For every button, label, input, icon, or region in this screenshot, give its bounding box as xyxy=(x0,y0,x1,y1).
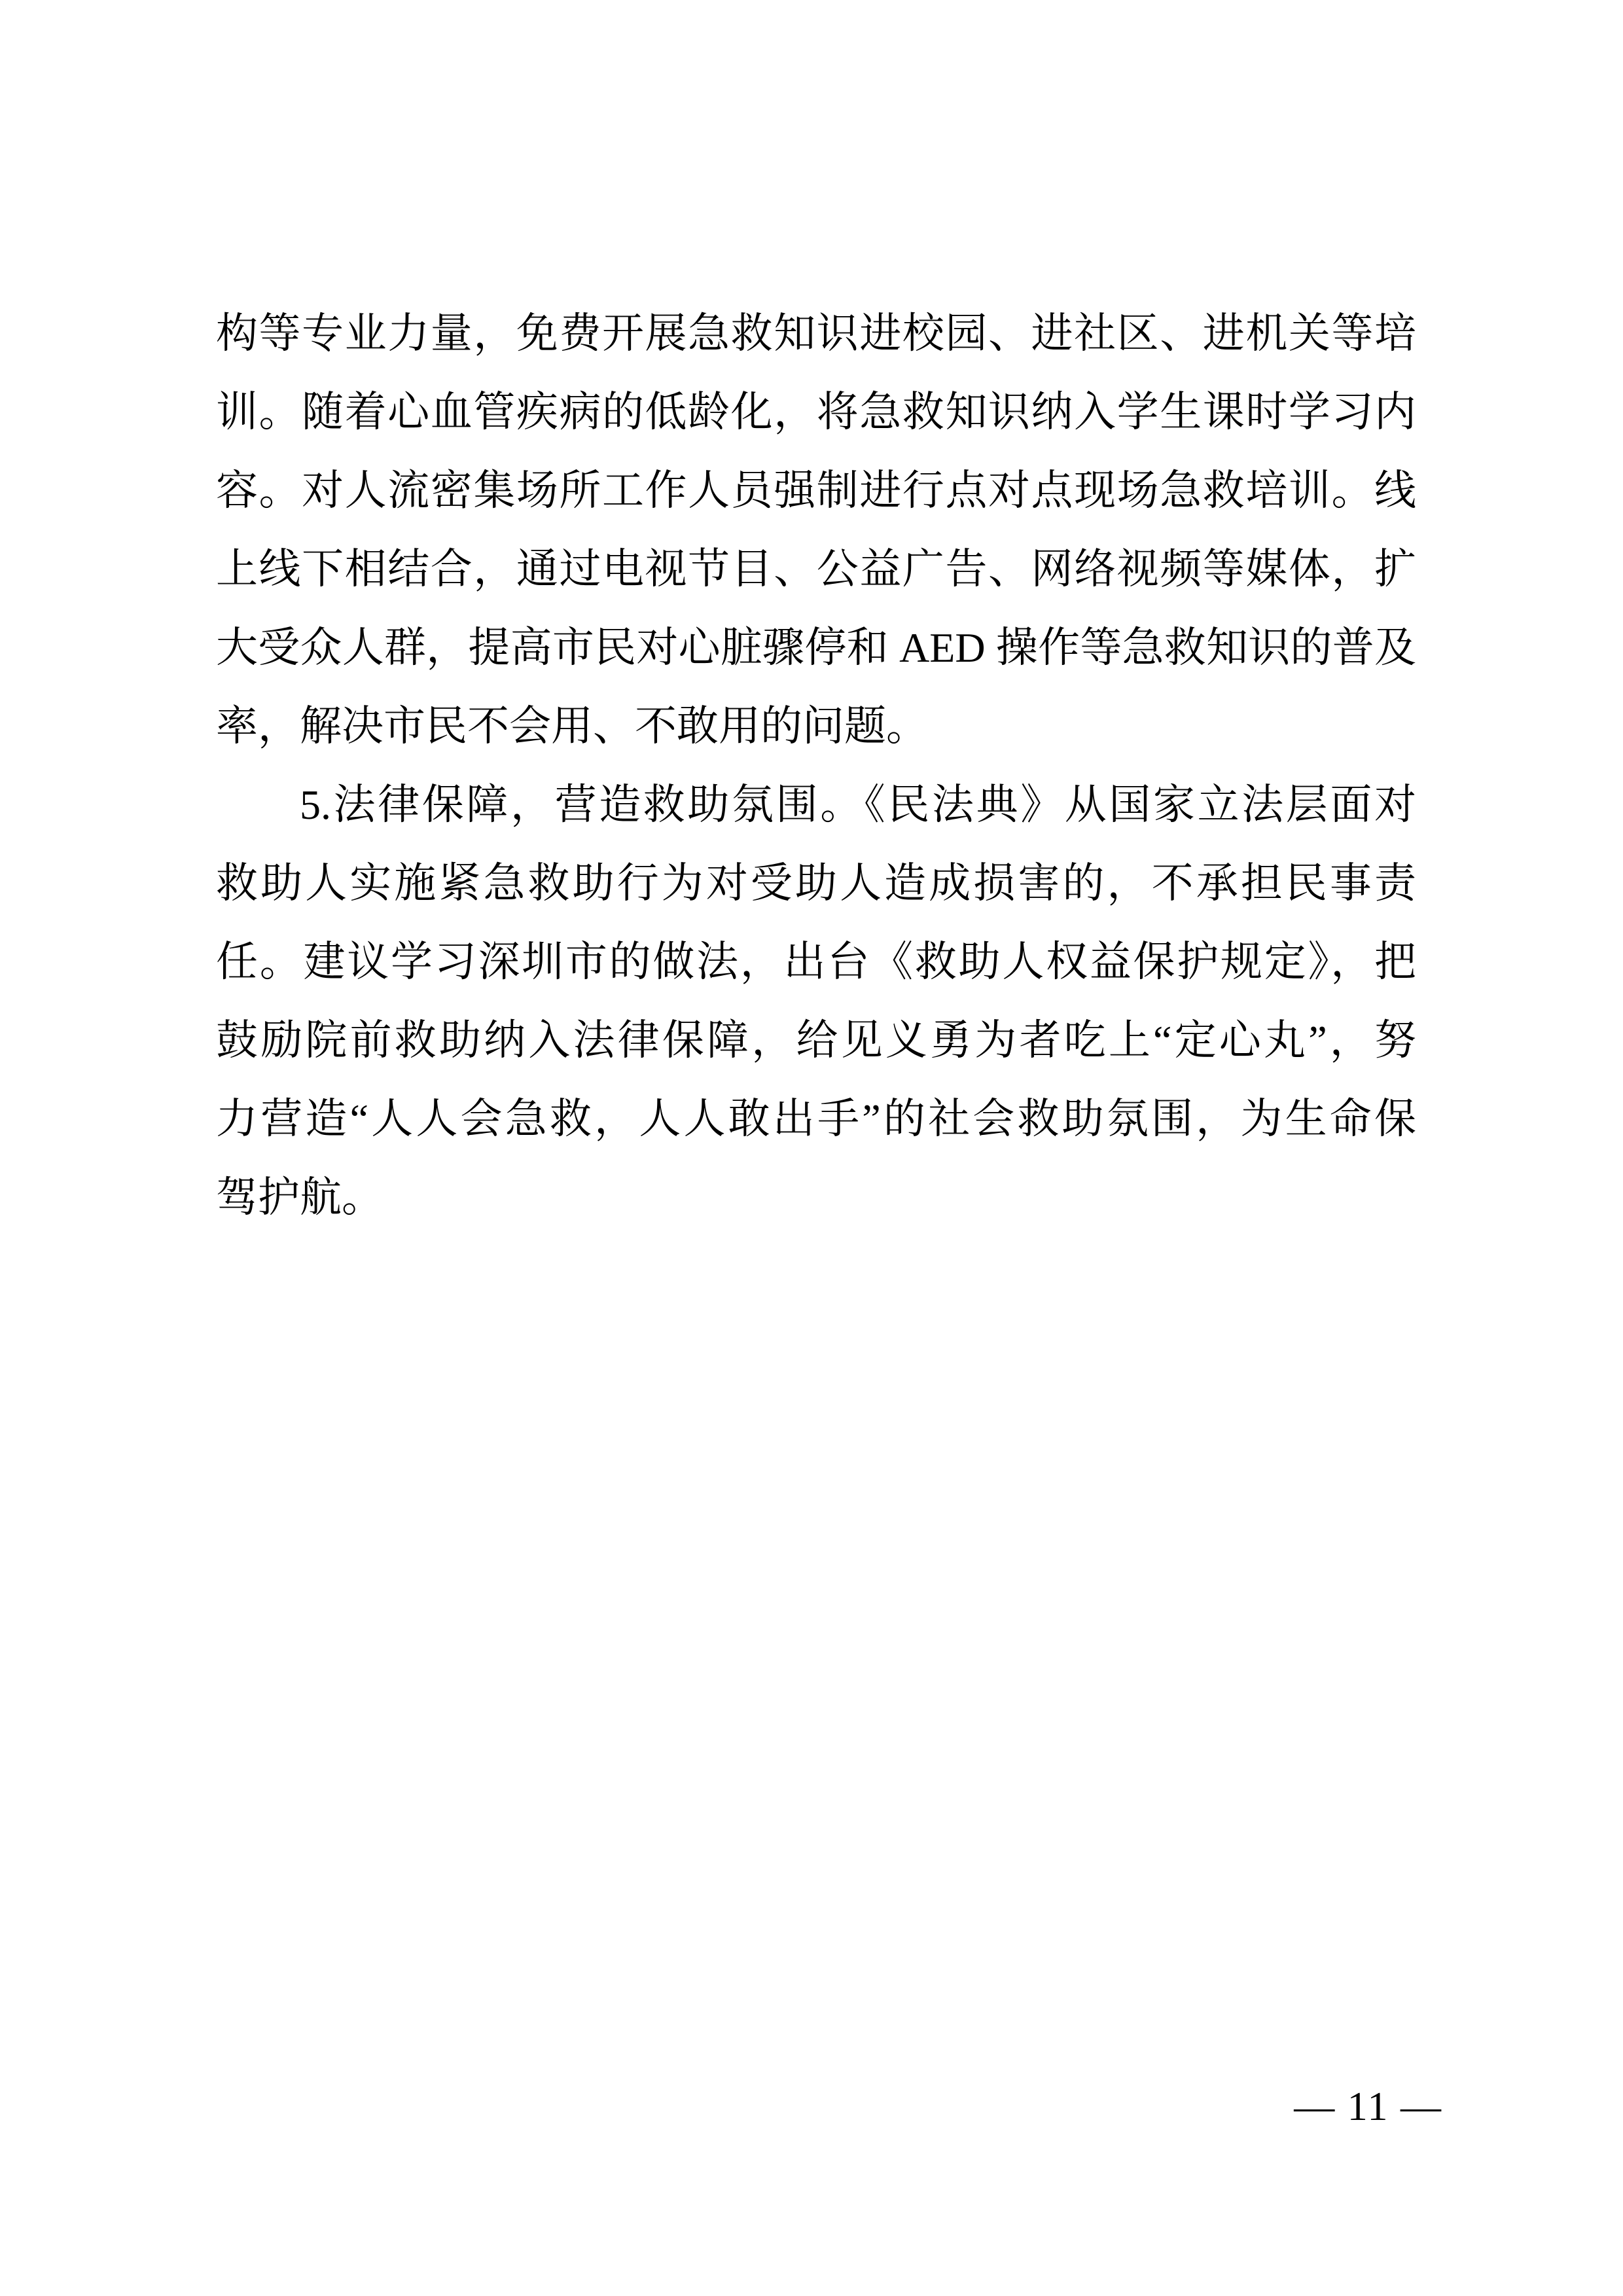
text-line: 容。对人流密集场所工作人员强制进行点对点现场急救培训。线 xyxy=(216,452,1416,530)
document-page: 构等专业力量，免费开展急救知识进校园、进社区、进机关等培训。随着心血管疾病的低龄… xyxy=(0,0,1623,2296)
text-line: 上线下相结合，通过电视节目、公益广告、网络视频等媒体，扩 xyxy=(216,530,1416,609)
text-line: 任。建议学习深圳市的做法，出台《救助人权益保护规定》，把 xyxy=(216,923,1416,1001)
text-line: 大受众人群，提高市民对心脏骤停和 AED 操作等急救知识的普及 xyxy=(216,609,1416,687)
text-line: 救助人实施紧急救助行为对受助人造成损害的，不承担民事责 xyxy=(216,844,1416,923)
text-line: 鼓励院前救助纳入法律保障，给见义勇为者吃上“定心丸”，努 xyxy=(216,1001,1416,1080)
page-number: — 11 — xyxy=(1294,2085,1442,2128)
body-text: 构等专业力量，免费开展急救知识进校园、进社区、进机关等培训。随着心血管疾病的低龄… xyxy=(216,295,1416,1237)
text-line: 训。随着心血管疾病的低龄化，将急救知识纳入学生课时学习内 xyxy=(216,373,1416,452)
text-line: 5.法律保障，营造救助氛围。《民法典》从国家立法层面对 xyxy=(216,766,1416,844)
text-line: 构等专业力量，免费开展急救知识进校园、进社区、进机关等培 xyxy=(216,295,1416,373)
text-line: 驾护航。 xyxy=(216,1158,1416,1237)
text-line: 力营造“人人会急救，人人敢出手”的社会救助氛围，为生命保 xyxy=(216,1080,1416,1158)
text-line: 率，解决市民不会用、不敢用的问题。 xyxy=(216,687,1416,766)
